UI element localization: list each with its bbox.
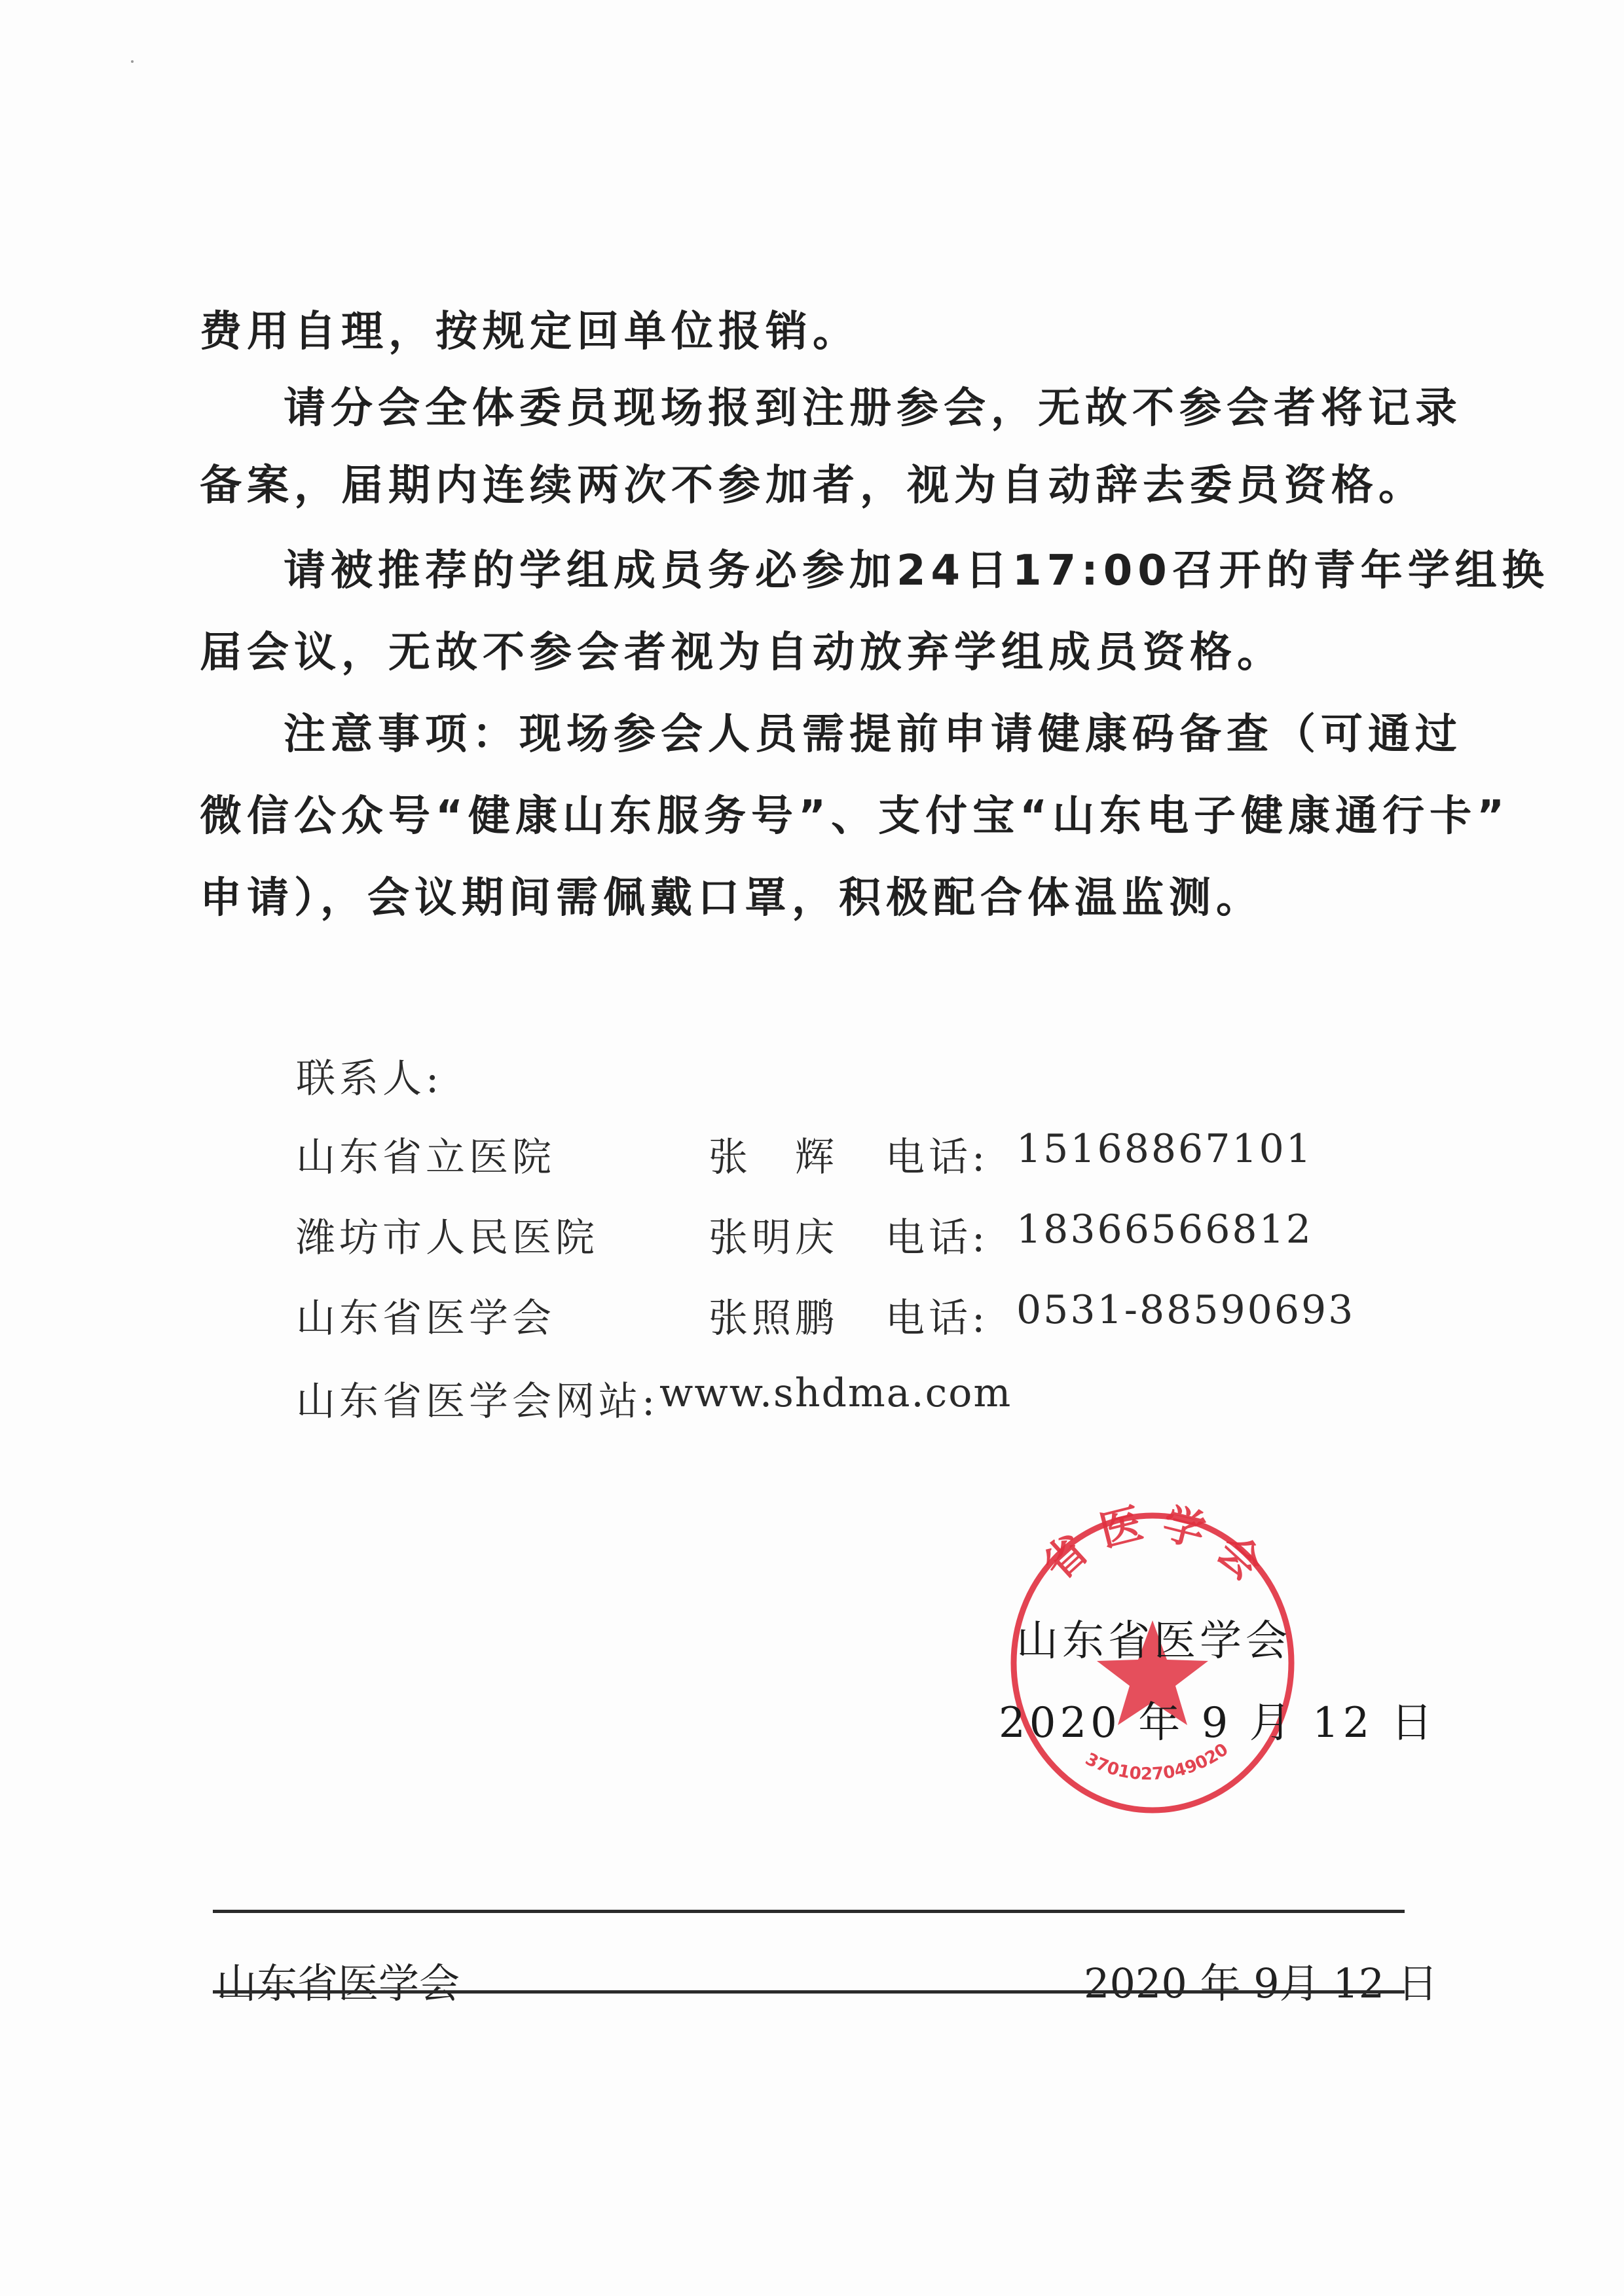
contacts-heading: 联系人: — [296, 1048, 443, 1104]
text-line: 届会议，无故不参会者视为自动放弃学组成员资格。 — [200, 632, 1284, 674]
signature-org: 山东省医学会 — [1016, 1607, 1291, 1667]
text-line: 费用自理，按规定回单位报销。 — [200, 311, 860, 353]
seal-arc-text: 省 医 学 会 — [1034, 1503, 1272, 1590]
contact-phone-label: 电话: — [885, 1287, 989, 1343]
scan-speck — [131, 60, 134, 63]
text-line: 微信公众号“健康山东服务号”、支付宝“山东电子健康通行卡” — [200, 795, 1509, 837]
contact-org: 山东省医学会 — [296, 1287, 555, 1343]
website-label: 山东省医学会网站: — [296, 1370, 659, 1427]
contact-phone: 15168867101 — [1016, 1126, 1313, 1172]
footer-date: 2020 年 9月 12 日 — [1084, 1951, 1438, 2009]
footer-top-rule — [213, 1910, 1405, 1913]
text-line: 注意事项：现场参会人员需提前申请健康码备查（可通过 — [284, 714, 1462, 756]
contact-name: 张 辉 — [709, 1126, 838, 1182]
footer-bottom-rule — [213, 1990, 1405, 1994]
text-line: 备案，届期内连续两次不参加者，视为自动辞去委员资格。 — [200, 465, 1426, 507]
contact-phone-label: 电话: — [885, 1207, 989, 1263]
text-line: 请被推荐的学组成员务必参加24日17:00召开的青年学组换 — [284, 550, 1549, 592]
svg-text:省 医 学 会: 省 医 学 会 — [1034, 1503, 1272, 1590]
contact-org: 山东省立医院 — [296, 1126, 555, 1182]
contact-org: 潍坊市人民医院 — [296, 1207, 599, 1263]
contact-phone-label: 电话: — [885, 1126, 989, 1182]
document-page: 费用自理，按规定回单位报销。 请分会全体委员现场报到注册参会，无故不参会者将记录… — [0, 0, 1624, 2296]
contact-name: 张明庆 — [709, 1207, 838, 1263]
contact-phone: 0531-88590693 — [1016, 1287, 1355, 1333]
contact-phone: 18366566812 — [1016, 1207, 1313, 1252]
text-line: 申请），会议期间需佩戴口罩，积极配合体温监测。 — [200, 877, 1263, 919]
website-link[interactable]: www.shdma.com — [659, 1370, 1012, 1416]
footer-issuer: 山东省医学会 — [216, 1951, 460, 2009]
contact-name: 张照鹏 — [709, 1287, 838, 1343]
text-line: 请分会全体委员现场报到注册参会，无故不参会者将记录 — [284, 388, 1462, 429]
signature-date: 2020 年 9 月 12 日 — [999, 1689, 1437, 1749]
